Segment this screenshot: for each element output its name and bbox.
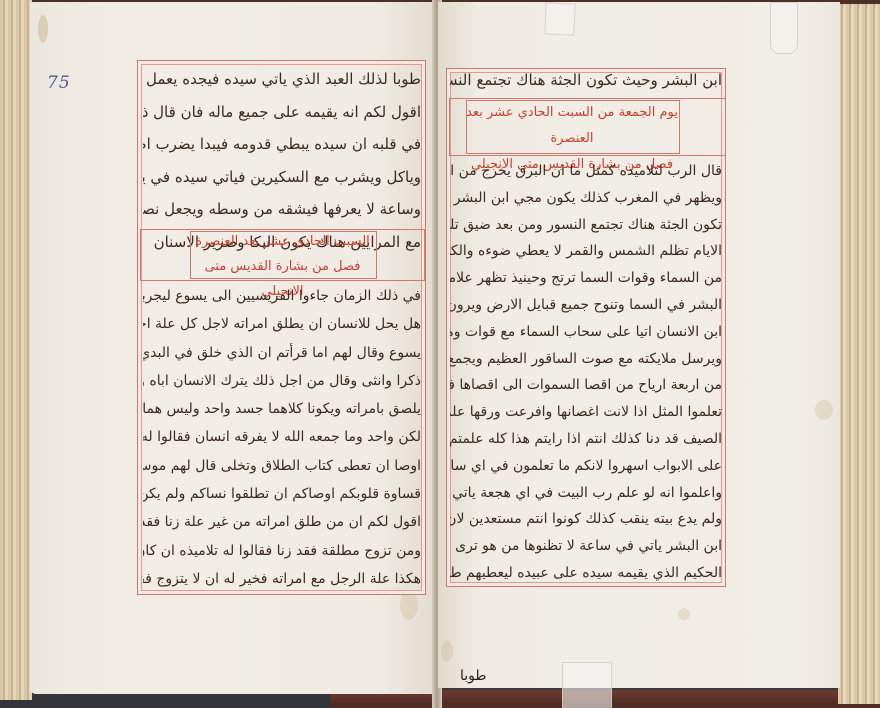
- text-line: ابن الانسان اتيا على سحاب السماء مع قوات…: [450, 319, 722, 346]
- manuscript-photo: 75 طوبا لذلك العبد الذي ياتي سيده فيجده …: [0, 0, 880, 708]
- text-line: وساعة لا يعرفها فيشقه من وسطه ويجعل نصيب…: [143, 193, 421, 226]
- text-line: ابن البشر ياتي في ساعة لا تظنوها من هو ت…: [450, 533, 722, 560]
- text-line: قال الرب لتلاميذه كمثل ما ان البرق يخرج …: [450, 158, 722, 185]
- text-line: طوبا لذلك العبد الذي ياتي سيده فيجده يعم…: [143, 63, 421, 96]
- text-line: اقول لكم ان من طلق امراته من غير علة زنا…: [143, 508, 421, 536]
- text-line: لكن واحد وما جمعه الله لا يفرقه انسان فق…: [143, 423, 421, 451]
- stain: [815, 400, 833, 420]
- text-line: البشر في السما وتنوح جميع قبايل الارض وي…: [450, 292, 722, 319]
- text-line: من اربعة ارياح من اقصا السموات الى اقصاه…: [450, 372, 722, 399]
- text-line: في ذلك الزمان جاءوا الفريسيين الى يسوع ل…: [143, 282, 421, 310]
- text-line: الايام تظلم الشمس والقمر لا يعطي ضوءه وا…: [450, 238, 722, 265]
- stain: [38, 15, 48, 43]
- text-line: تكون الجثة هناك تجتمع النسور ومن بعد ضيق…: [450, 212, 722, 239]
- text-line: اوصا ان تعطى كتاب الطلاق وتخلى قال لهم م…: [143, 452, 421, 480]
- text-line: تعلموا المثل اذا لانت اغصانها وافرعت ورق…: [450, 399, 722, 426]
- right-text-main: قال الرب لتلاميذه كمثل ما ان البرق يخرج …: [450, 158, 722, 587]
- text-line: في قلبه ان سيده يبطي قدومه فيبدا يضرب اص…: [143, 128, 421, 161]
- rubric-line: السبت الحادي عشر بعد العنصرة: [190, 229, 375, 254]
- text-line: وياكل ويشرب مع السكيرين فياتي سيده في يو…: [143, 161, 421, 194]
- text-line: ذكرا وانثى وقال من اجل ذلك يترك الانسان …: [143, 367, 421, 395]
- right-page-edges: [838, 4, 880, 704]
- left-page-edges: [0, 0, 32, 700]
- text-line: ابن البشر وحيث تكون الجثة هناك تجتمع الن…: [450, 65, 722, 95]
- catchword: طوبا: [460, 668, 487, 684]
- folio-number: 75: [47, 73, 71, 93]
- stain: [678, 608, 690, 620]
- paper-slip-bottom: [562, 662, 612, 708]
- text-line: يسوع وقال لهم اما قرأتم ان الذي خلق في ا…: [143, 339, 421, 367]
- text-line: الصيف قد دنا كذلك انتم اذا رايتم هذا كله…: [450, 426, 722, 453]
- text-line: هكذا علة الرجل مع امراته فخير له ان لا ي…: [143, 565, 421, 593]
- text-line: ومن تزوج مطلقة فقد زنا فقالوا له تلاميذه…: [143, 537, 421, 565]
- right-text-top: ابن البشر وحيث تكون الجثة هناك تجتمع الن…: [450, 65, 722, 95]
- text-line: الحكيم الذي يقيمه سيده على عبيده ليعطيهم…: [450, 560, 722, 587]
- text-line: قساوة قلوبكم اوصاكم ان تطلقوا نساكم ولم …: [143, 480, 421, 508]
- paper-slip: [544, 2, 576, 36]
- left-text-lower: في ذلك الزمان جاءوا الفريسيين الى يسوع ل…: [143, 282, 421, 593]
- stain: [441, 640, 453, 662]
- text-line: واعلموا انه لو علم رب البيت في اي هجعة ي…: [450, 480, 722, 507]
- paper-tab: [770, 2, 798, 54]
- text-line: على الابواب اسهروا لانكم ما تعلمون في اي…: [450, 453, 722, 480]
- text-line: هل يحل للانسان ان يطلق امراته لاجل كل عل…: [143, 310, 421, 338]
- rubric-line: يوم الجمعة من السبت الحادي عشر بعد العنص…: [466, 100, 678, 152]
- text-line: من السماء وقوات السما ترتج وحينيذ تظهر ع…: [450, 265, 722, 292]
- text-line: ويرسل ملايكته مع صوت الساقور العظيم ويجم…: [450, 346, 722, 373]
- text-line: يلصق بامراته ويكونا كلاهما جسد واحد وليس…: [143, 395, 421, 423]
- text-line: اقول لكم انه يقيمه على جميع ماله فان قال…: [143, 96, 421, 129]
- text-line: ويظهر في المغرب كذلك يكون مجي ابن البشر …: [450, 185, 722, 212]
- text-line: ولم يدع بيته ينقب كذلك كونوا انتم مستعدي…: [450, 506, 722, 533]
